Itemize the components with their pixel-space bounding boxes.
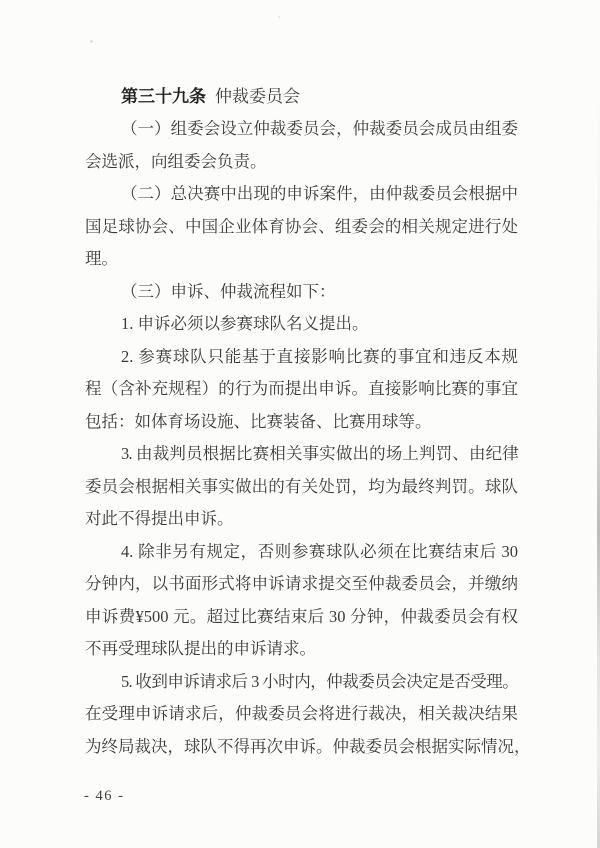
article-heading: 第三十九条仲裁委员会 — [85, 80, 518, 113]
article-title: 仲裁委员会 — [215, 87, 300, 106]
text-line: 委员会根据相关事实做出的有关处罚，均为最终判罚。球队 — [85, 471, 518, 504]
text-line: 对此不得提出申诉。 — [85, 503, 518, 536]
text-line: 理。 — [85, 243, 518, 276]
text-line: 5. 收到申诉请求后 3 小时内，仲裁委员会决定是否受理。 — [85, 666, 518, 699]
text-line: 4. 除非另有规定，否则参赛球队必须在比赛结束后 30 — [85, 536, 518, 569]
text-line: 1. 申诉必须以参赛球队名义提出。 — [85, 308, 518, 341]
text-line: （二）总决赛中出现的申诉案件，由仲裁委员会根据中 — [85, 178, 518, 211]
text-line: 申诉费¥500 元。超过比赛结束后 30 分钟，仲裁委员会有权 — [85, 601, 518, 634]
page-number: - 46 - — [84, 788, 124, 805]
text-line: 不再受理球队提出的申诉请求。 — [85, 633, 518, 666]
text-line: （一）组委会设立仲裁委员会，仲裁委员会成员由组委 — [85, 113, 518, 146]
article-number: 第三十九条 — [121, 87, 206, 106]
scan-speck — [168, 137, 170, 139]
text-line: 分钟内，以书面形式将申诉请求提交至仲裁委员会，并缴纳 — [85, 568, 518, 601]
text-line: 3. 由裁判员根据比赛相关事实做出的场上判罚、由纪律 — [85, 438, 518, 471]
text-line: 在受理申诉请求后，仲裁委员会将进行裁决，相关裁决结果 — [85, 698, 518, 731]
document-page: 第三十九条仲裁委员会 （一）组委会设立仲裁委员会，仲裁委员会成员由组委会选派，向… — [0, 0, 600, 848]
text-line: 会选派，向组委会负责。 — [85, 146, 518, 179]
text-line: 国足球协会、中国企业体育协会、组委会的相关规定进行处 — [85, 211, 518, 244]
document-content: 第三十九条仲裁委员会 （一）组委会设立仲裁委员会，仲裁委员会成员由组委会选派，向… — [85, 80, 518, 763]
scan-speck — [278, 16, 280, 18]
text-line: （三）申诉、仲裁流程如下： — [85, 276, 518, 309]
text-line: 为终局裁决，球队不得再次申诉。仲裁委员会根据实际情况， — [85, 731, 518, 764]
text-line: 2. 参赛球队只能基于直接影响比赛的事宜和违反本规 — [85, 341, 518, 374]
document-lines: （一）组委会设立仲裁委员会，仲裁委员会成员由组委会选派，向组委会负责。（二）总决… — [85, 113, 518, 763]
text-line: 程（含补充规程）的行为而提出申诉。直接影响比赛的事宜 — [85, 373, 518, 406]
text-line: 包括：如体育场设施、比赛装备、比赛用球等。 — [85, 406, 518, 439]
scan-speck — [90, 40, 93, 43]
